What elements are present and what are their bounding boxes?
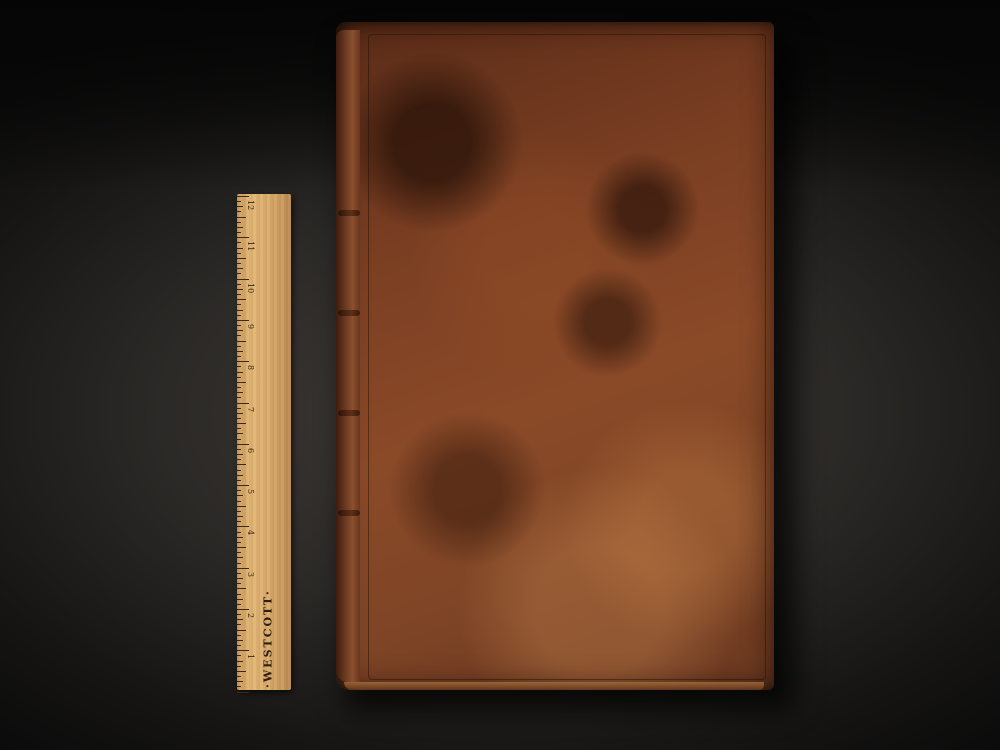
ruler-tick xyxy=(237,459,241,460)
ruler-tick xyxy=(237,686,241,687)
ruler-tick xyxy=(237,248,243,249)
ruler-tick xyxy=(237,366,241,367)
ruler-tick xyxy=(237,609,249,610)
ruler-tick xyxy=(237,284,241,285)
ruler-tick xyxy=(237,253,241,254)
ruler-tick xyxy=(237,320,249,321)
ruler-tick xyxy=(237,475,243,476)
ruler-tick xyxy=(237,661,243,662)
ruler-tick xyxy=(237,470,241,471)
ruler-inch-label: 11 xyxy=(246,241,255,251)
ruler-tick xyxy=(237,403,249,404)
ruler-tick xyxy=(237,211,241,212)
ruler-tick xyxy=(237,263,241,264)
ruler-inch-label: 8 xyxy=(246,365,255,370)
ruler-inch-label: 6 xyxy=(246,448,255,453)
ruler-tick xyxy=(237,237,249,238)
antique-book xyxy=(336,22,774,690)
ruler-tick xyxy=(237,439,241,440)
ruler-tick xyxy=(237,563,241,564)
ruler-tick xyxy=(237,268,243,269)
ruler-tick xyxy=(237,655,241,656)
ruler-tick xyxy=(237,217,246,218)
ruler-tick xyxy=(237,526,249,527)
ruler-tick xyxy=(237,346,241,347)
ruler-tick xyxy=(237,273,241,274)
ruler-tick xyxy=(237,676,241,677)
ruler-inch-label: 3 xyxy=(246,572,255,577)
ruler-tick xyxy=(237,304,241,305)
ruler-tick xyxy=(237,310,243,311)
ruler-tick xyxy=(237,501,241,502)
ruler-tick xyxy=(237,418,241,419)
ruler-tick xyxy=(237,594,241,595)
ruler-tick xyxy=(237,289,243,290)
ruler-inch-label: 2 xyxy=(246,613,255,618)
spine-band xyxy=(338,210,360,216)
ruler-tick xyxy=(237,624,241,625)
ruler-tick xyxy=(237,516,243,517)
ruler-tick xyxy=(237,480,241,481)
ruler-tick xyxy=(237,650,249,651)
ruler-tick xyxy=(237,227,243,228)
ruler-tick xyxy=(237,604,241,605)
ruler-tick xyxy=(237,382,246,383)
ruler-tick xyxy=(237,511,241,512)
ruler-tick xyxy=(237,222,241,223)
ruler-inch-label: 1 xyxy=(246,654,255,659)
ruler-tick xyxy=(237,428,241,429)
book-page-edge xyxy=(344,682,764,690)
ruler-tick xyxy=(237,201,241,202)
ruler-tick xyxy=(237,614,241,615)
ruler-tick xyxy=(237,692,249,693)
ruler-brand-label: ·WESTCOTT· xyxy=(259,579,277,699)
ruler-tick xyxy=(237,413,243,414)
ruler-tick xyxy=(237,392,243,393)
ruler-tick xyxy=(237,454,243,455)
ruler-tick xyxy=(237,490,241,491)
ruler-tick xyxy=(237,387,241,388)
ruler-tick xyxy=(237,299,246,300)
ruler-tick xyxy=(237,315,241,316)
ruler-tick xyxy=(237,537,243,538)
book-spine-edge xyxy=(336,30,360,682)
ruler-tick xyxy=(237,547,246,548)
ruler-tick xyxy=(237,330,243,331)
ruler-tick xyxy=(237,568,249,569)
ruler-tick xyxy=(237,599,243,600)
ruler-tick xyxy=(237,640,243,641)
blind-tooled-border xyxy=(368,34,766,680)
ruler-tick xyxy=(237,444,249,445)
ruler-tick xyxy=(237,351,243,352)
ruler-tick xyxy=(237,557,243,558)
ruler-tick xyxy=(237,232,241,233)
ruler-tick xyxy=(237,294,241,295)
ruler-tick xyxy=(237,325,241,326)
ruler-tick xyxy=(237,361,249,362)
ruler-tick xyxy=(237,196,249,197)
ruler-tick xyxy=(237,206,243,207)
ruler-tick xyxy=(237,583,241,584)
ruler-tick xyxy=(237,588,246,589)
ruler-tick xyxy=(237,341,246,342)
ruler-tick xyxy=(237,495,243,496)
ruler-inch-label: 7 xyxy=(246,407,255,412)
ruler-tick xyxy=(237,573,241,574)
ruler-tick xyxy=(237,408,241,409)
ruler-tick xyxy=(237,645,241,646)
ruler-tick xyxy=(237,542,241,543)
ruler-tick xyxy=(237,356,241,357)
ruler-tick xyxy=(237,630,246,631)
ruler-inch-label: 10 xyxy=(246,283,255,293)
ruler-tick xyxy=(237,372,243,373)
ruler-inch-label: 9 xyxy=(246,324,255,329)
ruler-tick xyxy=(237,619,243,620)
ruler-tick xyxy=(237,485,249,486)
ruler-tick xyxy=(237,397,241,398)
ruler-tick xyxy=(237,671,246,672)
ruler-tick xyxy=(237,464,246,465)
ruler-tick xyxy=(237,578,243,579)
ruler-tick xyxy=(237,433,243,434)
wooden-ruler: 121110987654321 ·WESTCOTT· xyxy=(237,194,291,690)
ruler-tick xyxy=(237,377,241,378)
ruler-tick xyxy=(237,449,241,450)
ruler-inch-label: 5 xyxy=(246,489,255,494)
ruler-tick xyxy=(237,279,249,280)
ruler-tick xyxy=(237,552,241,553)
ruler-tick xyxy=(237,681,243,682)
ruler-inch-label: 4 xyxy=(246,530,255,535)
ruler-inch-label: 12 xyxy=(246,200,255,210)
ruler-tick xyxy=(237,258,246,259)
ruler-tick xyxy=(237,635,241,636)
ruler-tick xyxy=(237,666,241,667)
ruler-tick xyxy=(237,335,241,336)
ruler-tick xyxy=(237,532,241,533)
ruler-tick xyxy=(237,423,246,424)
ruler-tick xyxy=(237,242,241,243)
ruler-tick xyxy=(237,521,241,522)
ruler-tick xyxy=(237,506,246,507)
spine-band xyxy=(338,510,360,516)
spine-band xyxy=(338,310,360,316)
spine-band xyxy=(338,410,360,416)
